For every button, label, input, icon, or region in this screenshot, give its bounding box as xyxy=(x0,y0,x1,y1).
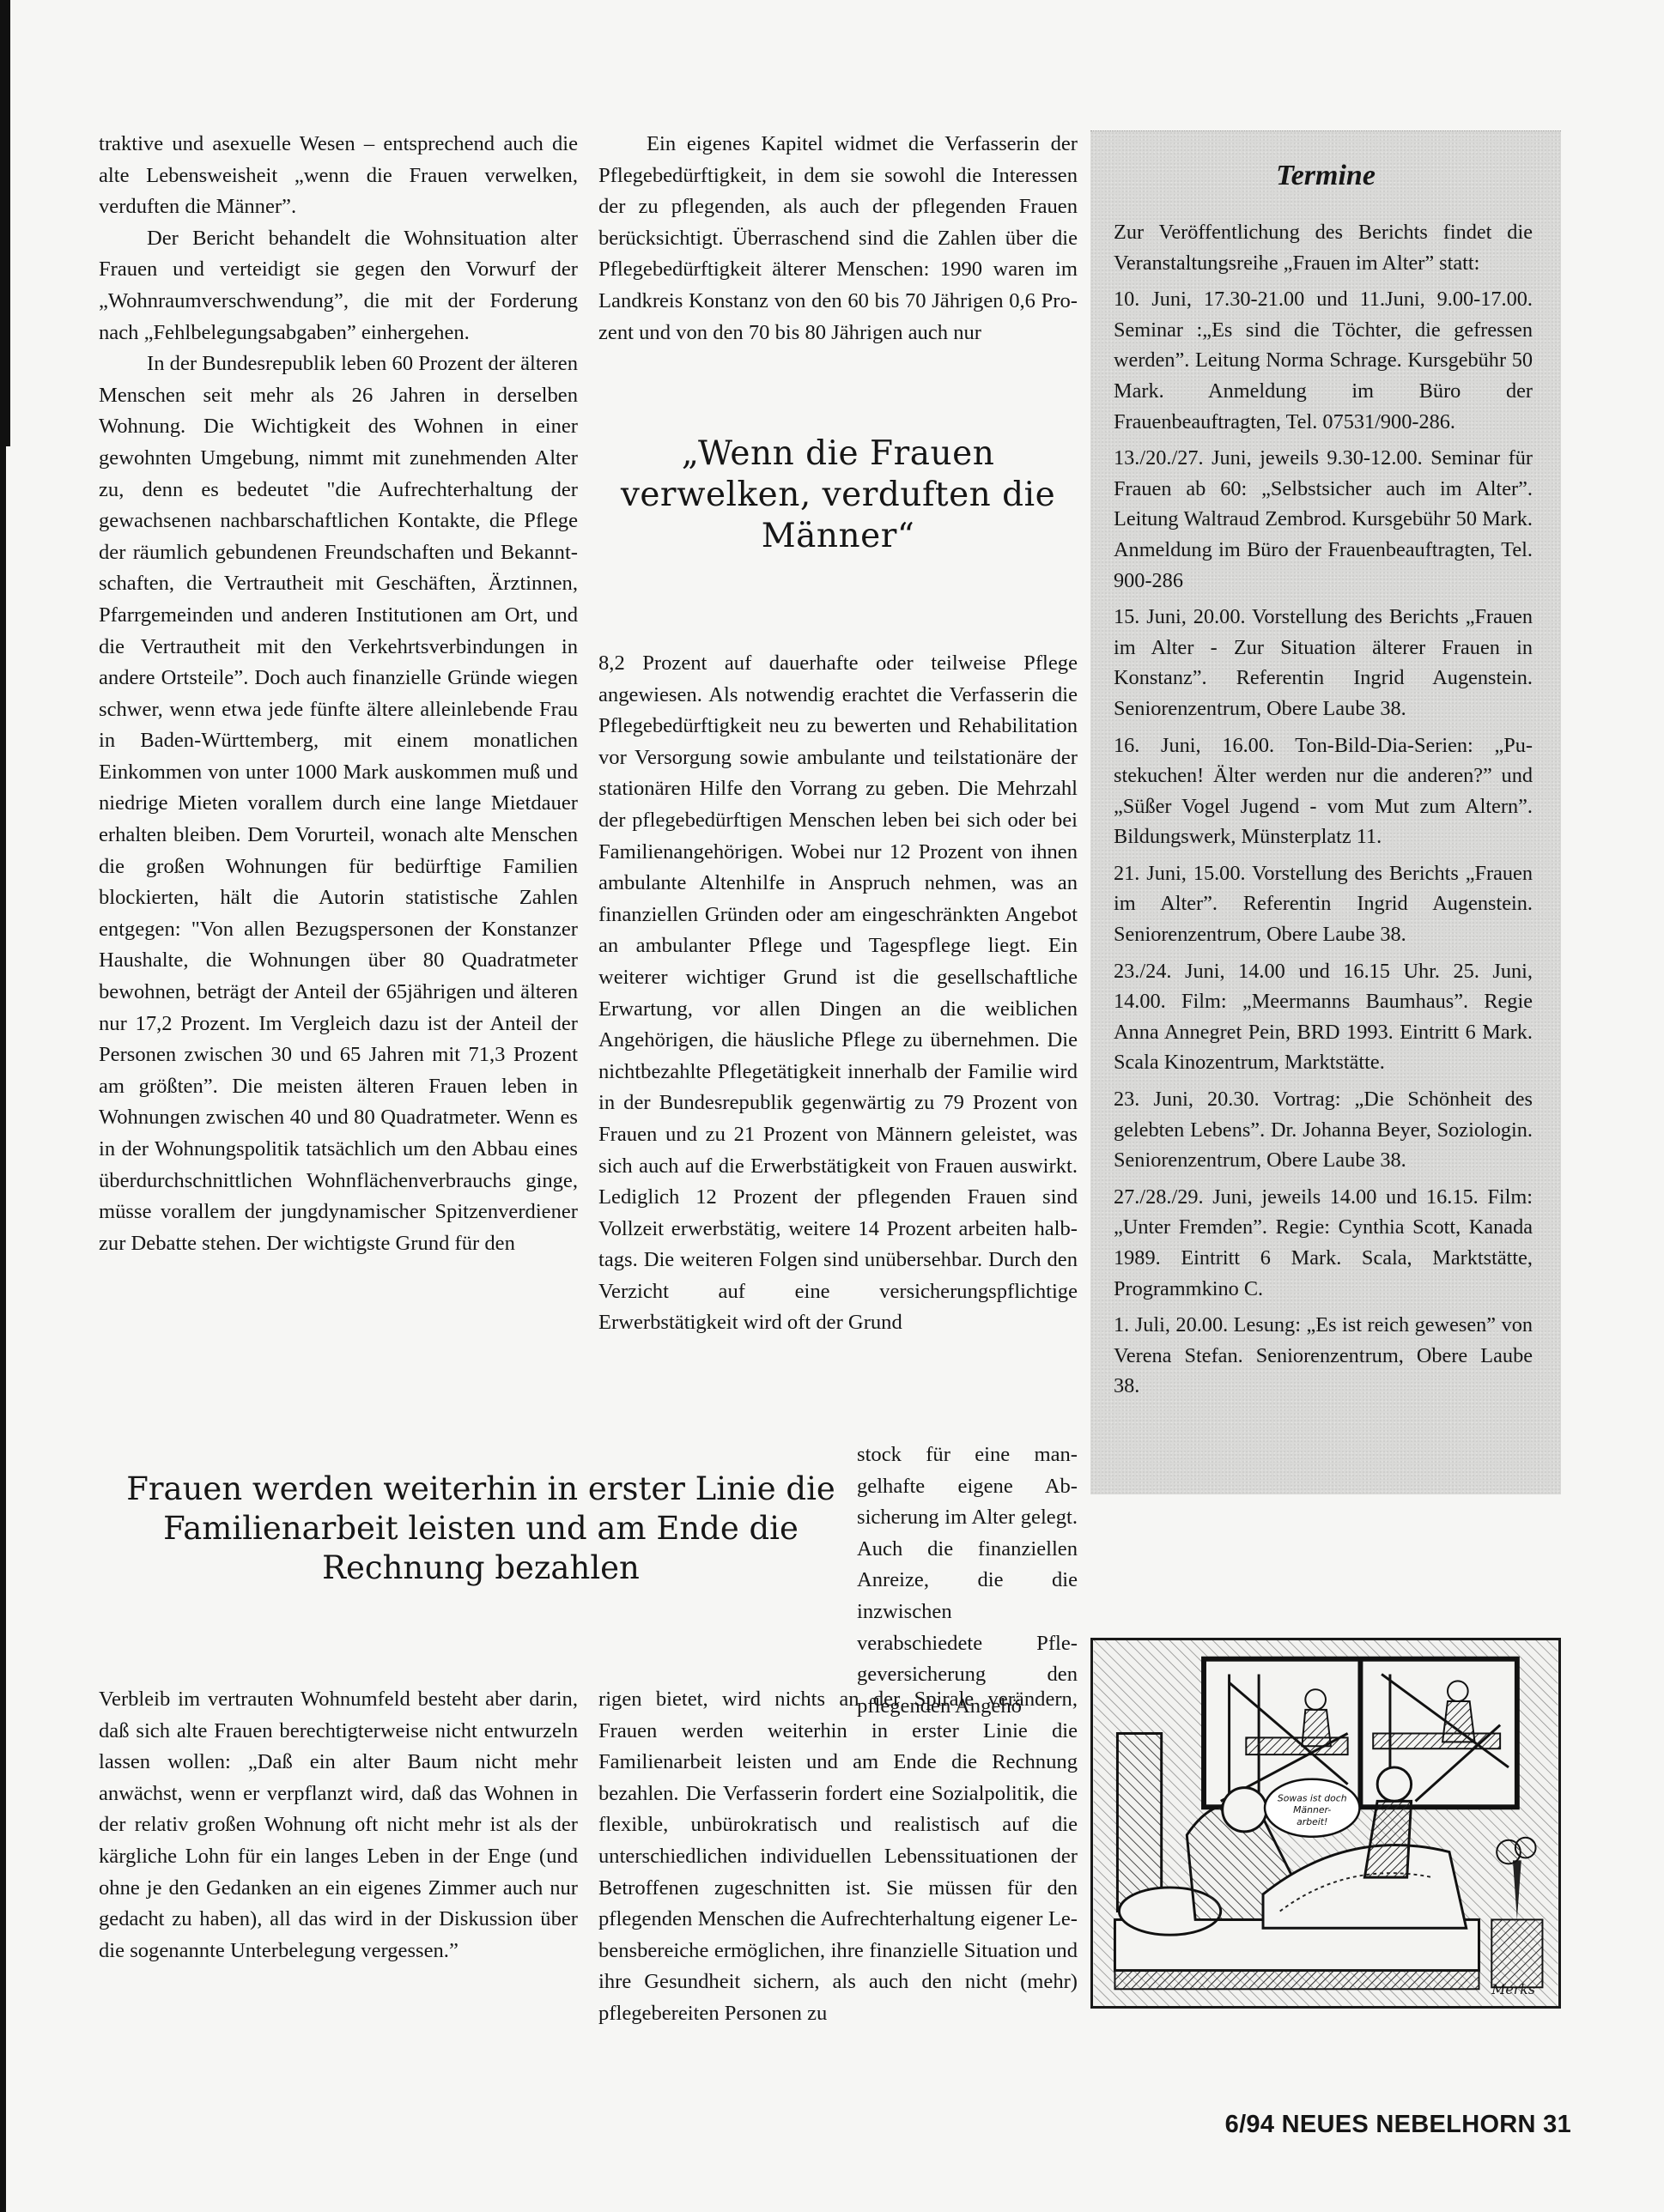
scan-edge xyxy=(0,0,10,446)
paragraph: Ein eigenes Kapitel widmet die Verfasser… xyxy=(598,129,1078,348)
svg-text:Männer-: Männer- xyxy=(1293,1804,1331,1815)
cartoon-drawing-icon: Sowas ist doch Männer- arbeit! Merks xyxy=(1093,1640,1558,2006)
paragraph: Verbleib im vertrauten Wohnumfeld besteh… xyxy=(99,1684,578,1967)
termine-title: Termine xyxy=(1090,159,1561,193)
article-column-2-middle: 8,2 Prozent auf dauerhafte oder teilweis… xyxy=(598,648,1078,1339)
paragraph: 8,2 Prozent auf dauerhafte oder teilweis… xyxy=(598,648,1078,1339)
termine-intro: Zur Veröffentlichung des Berichts findet… xyxy=(1114,217,1533,278)
paragraph: Der Bericht behandelt die Wohnsituation … xyxy=(99,223,578,348)
termine-event: 15. Juni, 20.00. Vorstellung des Bericht… xyxy=(1114,602,1533,724)
article-column-2-top: Ein eigenes Kapitel widmet die Verfasser… xyxy=(598,129,1078,348)
subheading: Frauen werden weiterhin in erster Linie … xyxy=(120,1470,841,1588)
termine-event: 1. Juli, 20.00. Lesung: „Es ist reich ge… xyxy=(1114,1310,1533,1402)
svg-text:arbeit!: arbeit! xyxy=(1297,1816,1327,1827)
article-column-1-bottom: Verbleib im vertrauten Wohnumfeld besteh… xyxy=(99,1684,578,1967)
paragraph: rigen bietet, wird nichts an der Spirale… xyxy=(598,1684,1078,2030)
article-column-2-bottom: rigen bietet, wird nichts an der Spirale… xyxy=(598,1684,1078,2030)
article-column-2-narrow: stock für eine man­gelhafte eigene Ab­si… xyxy=(857,1439,1078,1722)
paragraph: stock für eine man­gelhafte eigene Ab­si… xyxy=(857,1439,1078,1722)
termine-event: 21. Juni, 15.00. Vorstellung des Bericht… xyxy=(1114,858,1533,950)
termine-box: Termine Zur Veröffentlichung des Bericht… xyxy=(1090,130,1561,1494)
svg-text:Merks: Merks xyxy=(1491,1981,1535,1997)
termine-event: 16. Juni, 16.00. Ton-Bild-Dia-Serien: „P… xyxy=(1114,730,1533,852)
termine-event: 23./24. Juni, 14.00 und 16.15 Uhr. 25. J… xyxy=(1114,956,1533,1078)
termine-event: 23. Juni, 20.30. Vortrag: „Die Schönheit… xyxy=(1114,1084,1533,1176)
termine-event: 10. Juni, 17.30-21.00 und 11.Juni, 9.00-… xyxy=(1114,284,1533,437)
article-column-1: traktive und asexuelle Wesen – entsprech… xyxy=(99,129,578,1259)
termine-event: 27./28./29. Juni, jeweils 14.00 und 16.1… xyxy=(1114,1182,1533,1304)
paragraph: traktive und asexuelle Wesen – entsprech… xyxy=(99,129,578,223)
page-footer: 6/94 NEUES NEBELHORN 31 xyxy=(1176,2110,1571,2139)
svg-text:Sowas ist doch: Sowas ist doch xyxy=(1278,1792,1347,1803)
cartoon-illustration: Sowas ist doch Männer- arbeit! Merks xyxy=(1090,1638,1561,2009)
pull-quote: „Wenn die Frauen verwelken, verduften di… xyxy=(598,433,1078,557)
termine-event: 13./20./27. Juni, jeweils 9.30-12.00. Se… xyxy=(1114,443,1533,596)
termine-list: Zur Veröffentlichung des Berichts findet… xyxy=(1114,217,1533,1408)
paragraph: In der Bundesrepublik leben 60 Prozent d… xyxy=(99,348,578,1259)
